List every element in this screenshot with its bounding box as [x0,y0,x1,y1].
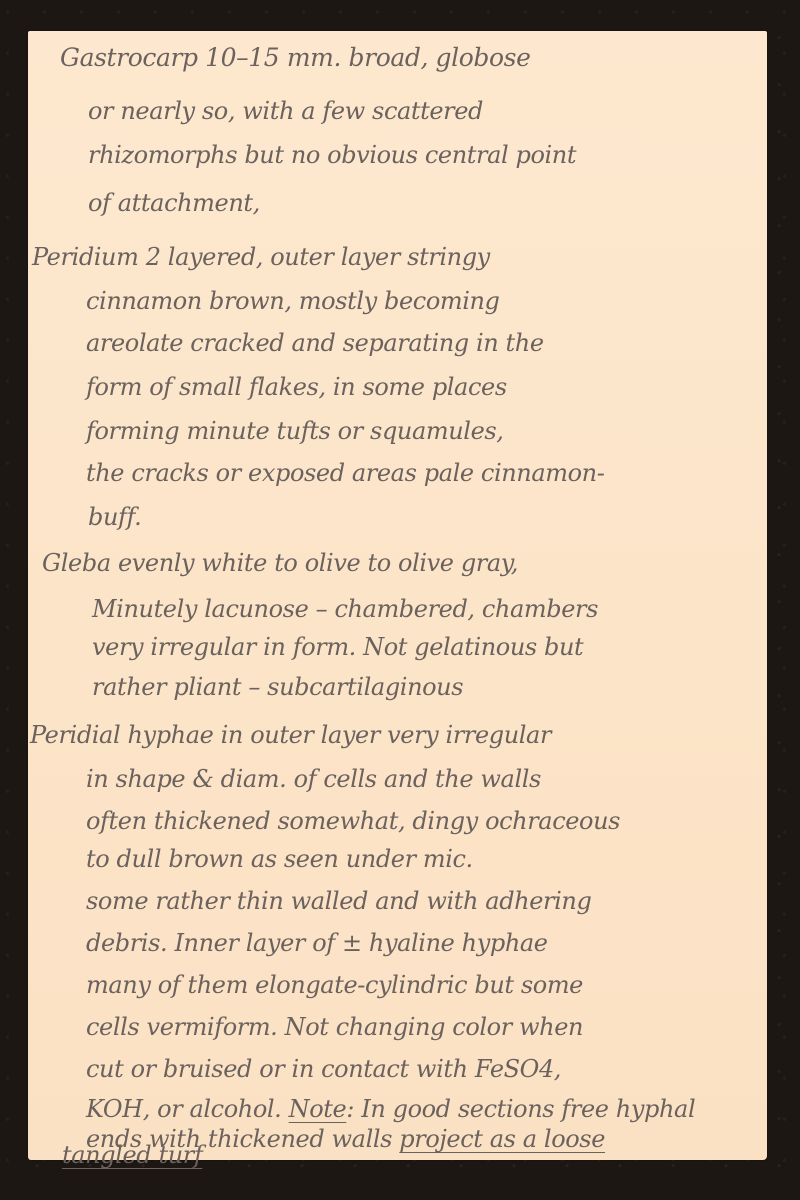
text-line: cells vermiform. Not changing color when [86,1015,583,1039]
text-line: Gastrocarp 10–15 mm. broad, globose [60,45,530,70]
underlined-text: project as a loose [399,1125,605,1153]
text-line: buff. [88,505,141,529]
text-line: Minutely lacunose – chambered, chambers [92,597,598,621]
note-line: KOH, or alcohol. Note: In good sections … [86,1097,695,1121]
text-line: very irregular in form. Not gelatinous b… [92,635,583,659]
index-card: Gastrocarp 10–15 mm. broad, globose or n… [28,31,767,1160]
text-line: of attachment, [88,191,260,215]
note-label: Note [289,1095,347,1123]
note-line: tangled turf [62,1143,202,1167]
text-line: cut or bruised or in contact with FeSO4, [86,1057,561,1081]
text-line: or nearly so, with a few scattered [88,99,483,123]
text-line: to dull brown as seen under mic. [86,847,473,871]
text-line: often thickened somewhat, dingy ochraceo… [86,809,620,833]
text-line: Gleba evenly white to olive to olive gra… [42,551,518,575]
text-line: areolate cracked and separating in the [86,331,544,355]
text-line: forming minute tufts or squamules, [86,419,504,443]
note-text: In good sections free hyphal [361,1095,695,1123]
underlined-text: tangled turf [62,1141,202,1169]
text-segment: KOH, or alcohol. [86,1095,281,1123]
colon: : [346,1095,361,1123]
text-line: cinnamon brown, mostly becoming [86,289,500,313]
text-line: form of small flakes, in some places [86,375,507,399]
text-line: rather pliant – subcartilaginous [92,675,463,699]
text-line: in shape & diam. of cells and the walls [86,767,541,791]
text-line: Peridial hyphae in outer layer very irre… [30,723,551,747]
text-line: Peridium 2 layered, outer layer stringy [32,245,490,269]
text-line: rhizomorphs but no obvious central point [88,143,576,167]
text-line: the cracks or exposed areas pale cinnamo… [86,461,604,485]
text-line: debris. Inner layer of ± hyaline hyphae [86,931,548,955]
text-line: many of them elongate-cylindric but some [86,973,583,997]
text-line: some rather thin walled and with adherin… [86,889,591,913]
